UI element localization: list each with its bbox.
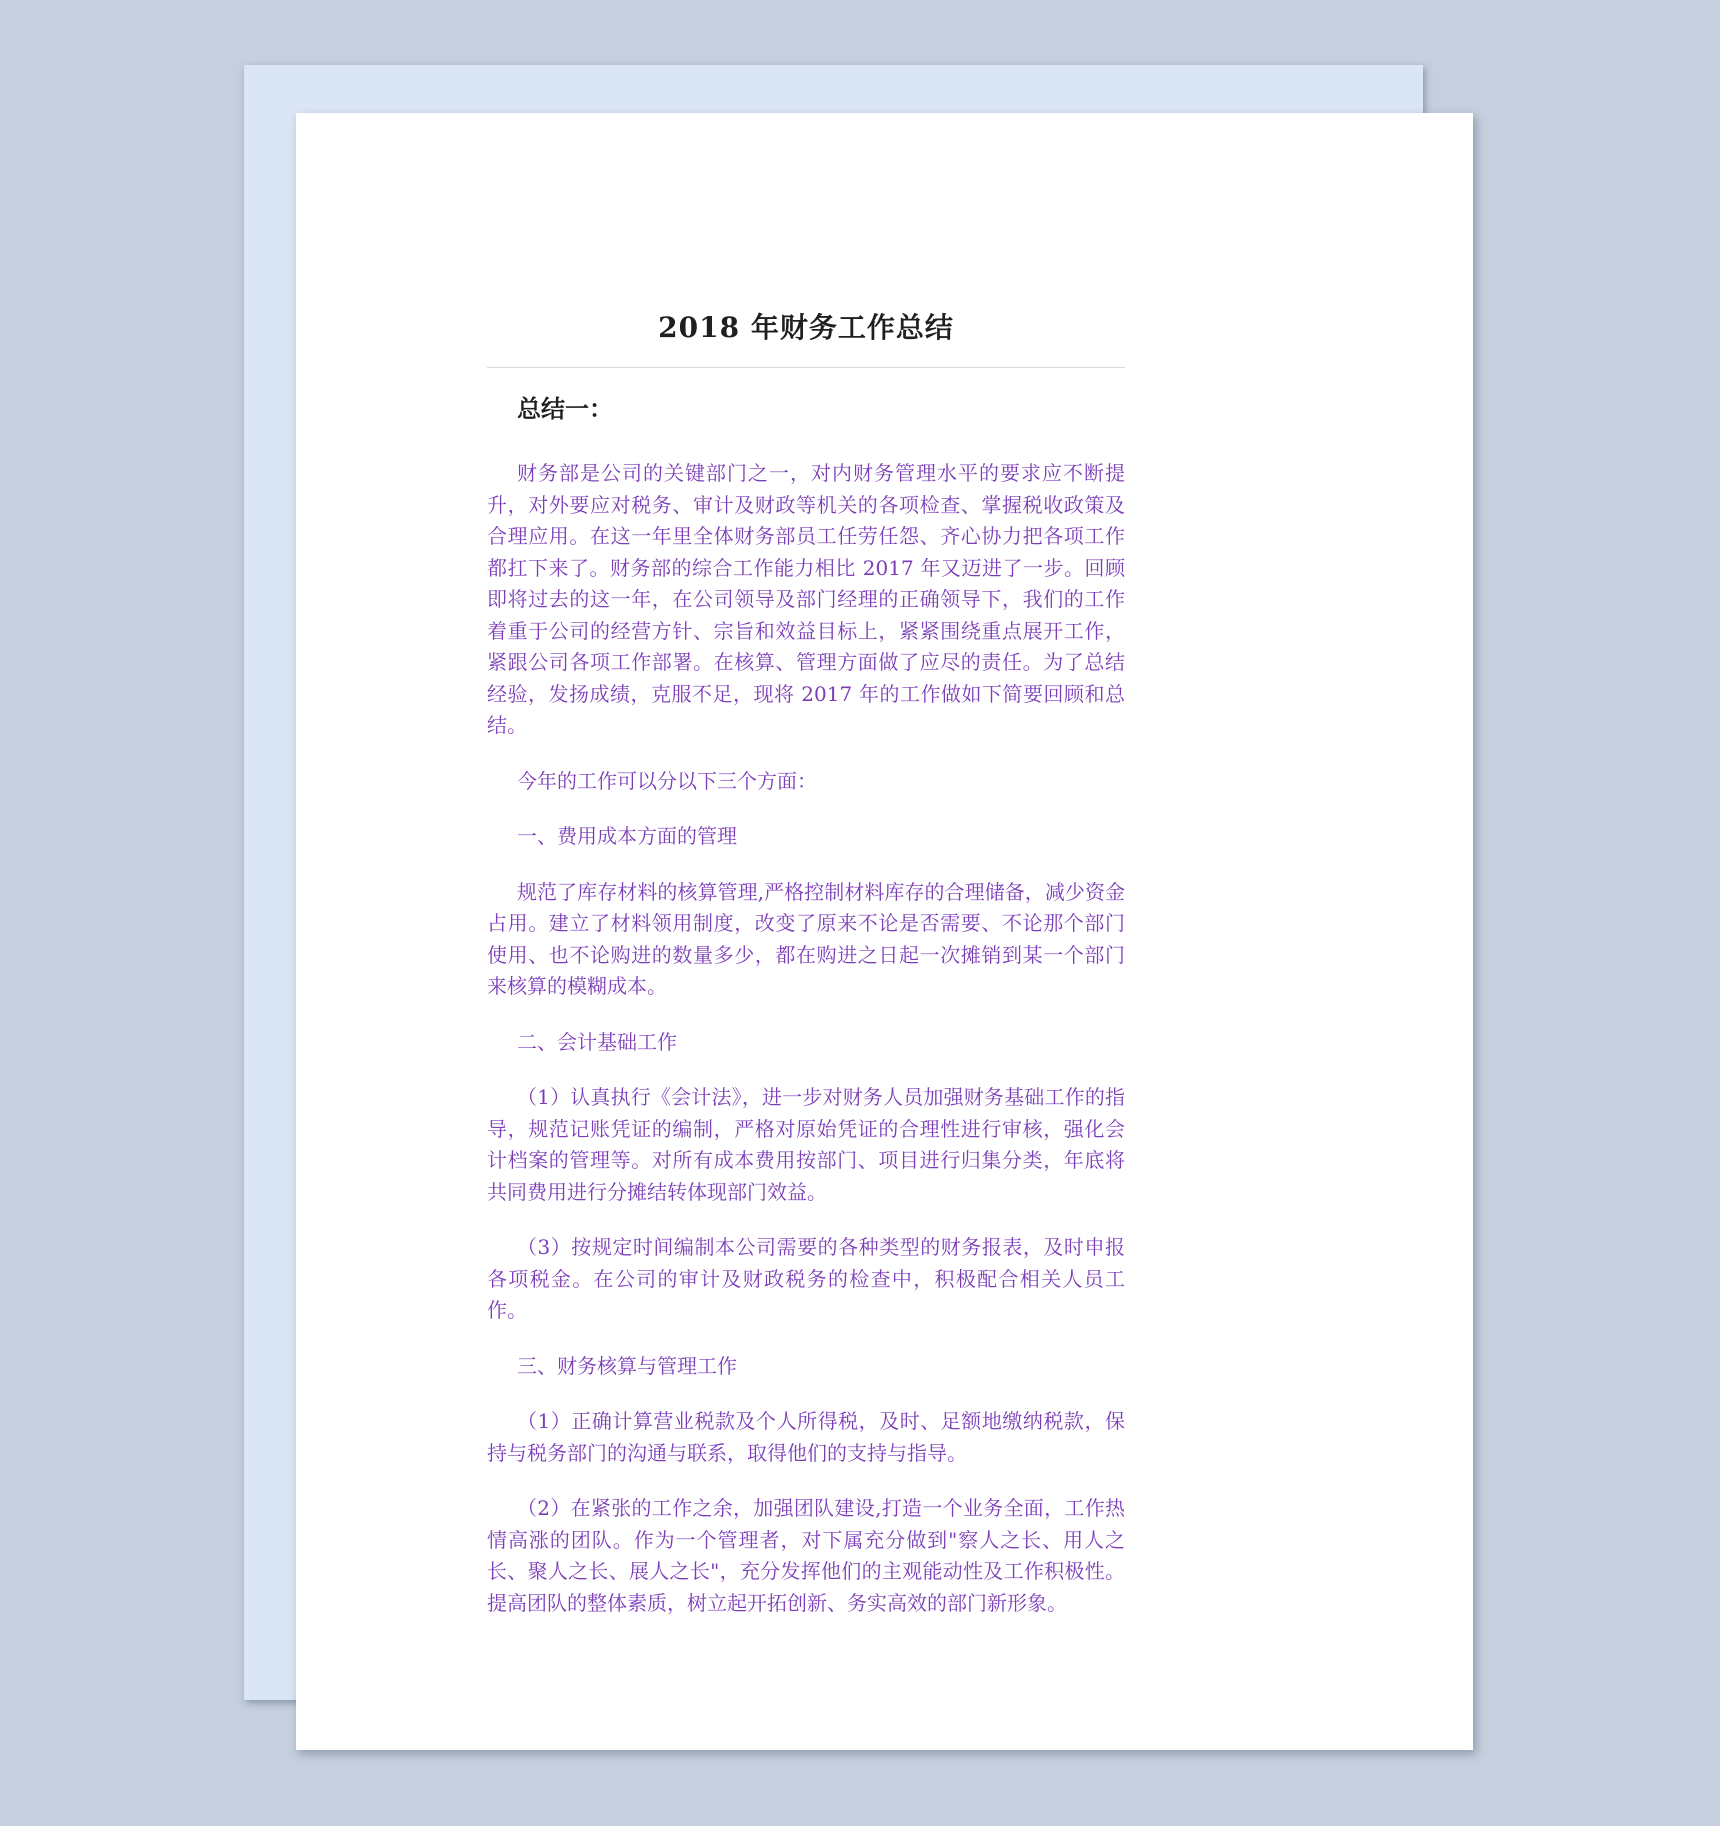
title-divider	[487, 367, 1125, 368]
paragraph-cost-management: 规范了库存材料的核算管理,严格控制材料库存的合理储备，减少资金占用。建立了材料领…	[487, 877, 1125, 1003]
paragraph-intro: 财务部是公司的关键部门之一，对内财务管理水平的要求应不断提升，对外要应对税务、审…	[487, 458, 1125, 742]
section-heading-2: 二、会计基础工作	[487, 1027, 1125, 1059]
summary-heading: 总结一：	[487, 394, 1125, 424]
paragraph-overview: 今年的工作可以分以下三个方面：	[487, 766, 1125, 798]
paragraph-team-building: （2）在紧张的工作之余，加强团队建设,打造一个业务全面，工作热情高涨的团队。作为…	[487, 1493, 1125, 1619]
paragraph-accounting-basic-1: （1）认真执行《会计法》，进一步对财务人员加强财务基础工作的指导，规范记账凭证的…	[487, 1082, 1125, 1208]
paragraph-tax-calculation: （1）正确计算营业税款及个人所得税，及时、足额地缴纳税款，保持与税务部门的沟通与…	[487, 1406, 1125, 1469]
document-page: 2018 年财务工作总结 总结一： 财务部是公司的关键部门之一，对内财务管理水平…	[296, 113, 1473, 1750]
section-heading-1: 一、费用成本方面的管理	[487, 821, 1125, 853]
document-title: 2018 年财务工作总结	[487, 311, 1125, 345]
paragraph-accounting-basic-3: （3）按规定时间编制本公司需要的各种类型的财务报表，及时申报各项税金。在公司的审…	[487, 1232, 1125, 1327]
document-content: 2018 年财务工作总结 总结一： 财务部是公司的关键部门之一，对内财务管理水平…	[487, 113, 1125, 1643]
body-text: 财务部是公司的关键部门之一，对内财务管理水平的要求应不断提升，对外要应对税务、审…	[487, 458, 1125, 1619]
document-preview: { "document": { "title": "2018 年财务工作总结",…	[0, 0, 1720, 1826]
section-heading-3: 三、财务核算与管理工作	[487, 1351, 1125, 1383]
